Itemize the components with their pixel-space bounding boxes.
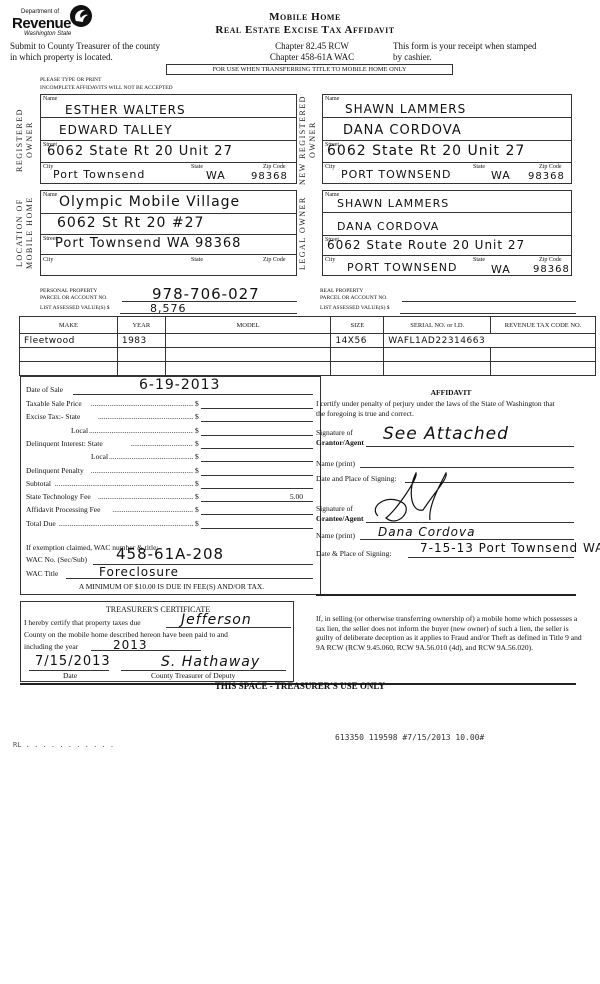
personal-value-field[interactable] xyxy=(120,313,297,314)
currency-symbol: $ xyxy=(195,412,199,421)
usage-banner: FOR USE WHEN TRANSFERRING TITLE TO MOBIL… xyxy=(166,64,453,75)
treasurers-certificate-box: TREASURER'S CERTIFICATE I hereby certify… xyxy=(20,601,294,682)
form-title-line1: Mobile Home xyxy=(0,11,600,23)
location-city-field[interactable]: City State Zip Code xyxy=(41,255,296,277)
leader-dots: ........................................… xyxy=(112,505,193,514)
affidavit-title: AFFIDAVIT xyxy=(306,388,596,397)
leader-dots: ........................................… xyxy=(109,452,193,461)
col-serial: SERIAL NO. or I.D. xyxy=(384,317,491,334)
grantor-signature-label: Signature of Grantor/Agent xyxy=(316,428,364,447)
leader-dots: ........................................… xyxy=(98,492,193,501)
location-street-field[interactable]: Street Port Townsend WA 98368 xyxy=(41,235,296,255)
grantee-name: Dana Cordova xyxy=(378,525,475,539)
date-of-sale-field[interactable] xyxy=(73,394,313,395)
registered-owner-box: Name ESTHER WALTERS EDWARD TALLEY Street… xyxy=(40,94,297,184)
table-row xyxy=(20,362,596,376)
col-make: MAKE xyxy=(20,317,118,334)
registered-owner-street-field[interactable]: Street 6062 State Rt 20 Unit 27 xyxy=(41,141,296,163)
col-year: YEAR xyxy=(117,317,165,334)
legal-owner-city-field[interactable]: City PORT TOWNSEND State WA Zip Code 983… xyxy=(323,256,571,277)
real-value-label: LIST ASSESSED VALUE(S) $ xyxy=(320,305,390,311)
date-of-sale-value: 6-19-2013 xyxy=(139,377,220,393)
fee-label: State Technology Fee xyxy=(26,492,91,501)
affidavit-statement: I certify under penalty of perjury under… xyxy=(316,399,556,418)
fee-amount-field[interactable] xyxy=(201,408,313,409)
real-parcel-field[interactable] xyxy=(402,301,576,302)
fee-label: Local xyxy=(91,452,108,461)
affidavit-divider xyxy=(316,594,576,596)
form-title-line2: Real Estate Excise Tax Affidavit xyxy=(0,24,600,36)
table-row xyxy=(20,348,596,362)
grantor-signature-field[interactable] xyxy=(366,446,574,447)
cell-make[interactable]: Fleetwood xyxy=(20,334,118,348)
legal-owner-section-label: LEGAL OWNER xyxy=(298,190,320,276)
fee-label: Delinquent Interest: State xyxy=(26,439,103,448)
new-owner-street-field[interactable]: Street 6062 State Rt 20 Unit 27 xyxy=(323,141,571,163)
registered-owner-city-field[interactable]: City Port Townsend State WA Zip Code 983… xyxy=(41,163,296,185)
cell-model[interactable] xyxy=(165,334,331,348)
cell-size[interactable]: 14X56 xyxy=(331,334,384,348)
record-code: RL . . . . . . . . . . . xyxy=(13,741,114,749)
location-box: Name Olympic Mobile Village 6062 St Rt 2… xyxy=(40,190,297,276)
fee-label: Local xyxy=(71,426,88,435)
treasurer-signature: S. Hathaway xyxy=(161,654,260,670)
wac-no-label: WAC No. (Sec/Sub) xyxy=(26,555,87,564)
legal-owner-street-field[interactable]: Street 6062 State Route 20 Unit 27 xyxy=(323,236,571,256)
fee-amount-field[interactable] xyxy=(201,435,313,436)
location-name-field[interactable]: Name Olympic Mobile Village xyxy=(41,191,296,214)
real-value-field[interactable] xyxy=(400,313,576,314)
new-registered-owner-box: Name SHAWN LAMMERS DANA CORDOVA Street 6… xyxy=(322,94,572,184)
treasurer-sig-label: County Treasurer of Deputy xyxy=(151,671,235,681)
table-header-row: MAKE YEAR MODEL SIZE SERIAL NO. or I.D. … xyxy=(20,317,596,334)
currency-symbol: $ xyxy=(195,452,199,461)
leader-dots: ........................................… xyxy=(98,412,193,421)
treasurer-line3: including the year xyxy=(24,642,78,652)
fee-label: Delinquent Penalty xyxy=(26,466,84,475)
treasurer-date-value: 7/15/2013 xyxy=(35,654,111,669)
wac-title-label: WAC Title xyxy=(26,569,58,578)
real-property-label: REAL PROPERTY PARCEL or ACCOUNT NO. xyxy=(320,288,388,302)
fees-box: Date of Sale 6-19-2013 Taxable Sale Pric… xyxy=(20,376,321,595)
grantee-name-field[interactable] xyxy=(360,539,574,540)
treasurer-date-label: Date xyxy=(63,671,77,681)
treasurer-cert-title: TREASURER'S CERTIFICATE xyxy=(21,605,295,614)
fee-label: Taxable Sale Price xyxy=(26,399,82,408)
grantee-date-place-label: Date & Place of Signing: xyxy=(316,549,391,559)
fee-amount-field[interactable] xyxy=(201,501,313,502)
fee-amount-field[interactable] xyxy=(201,421,313,422)
leader-dots: ........................................… xyxy=(91,466,193,475)
leader-dots: ........................................… xyxy=(55,479,193,488)
col-size: SIZE xyxy=(331,317,384,334)
submit-instructions: Submit to County Treasurer of the county… xyxy=(10,41,160,63)
registered-owner-section-label: REGISTEREDOWNER xyxy=(15,95,41,185)
currency-symbol: $ xyxy=(195,505,199,514)
fee-amount-field[interactable] xyxy=(201,461,313,462)
year-value: 2013 xyxy=(113,638,148,652)
personal-assessed-value: 8,576 xyxy=(150,302,187,315)
currency-symbol: $ xyxy=(195,492,199,501)
cell-year[interactable]: 1983 xyxy=(117,334,165,348)
grantor-name-label: Name (print) xyxy=(316,459,355,469)
currency-symbol: $ xyxy=(195,439,199,448)
new-registered-owner-section-label: NEW REGISTEREDOWNER xyxy=(298,95,320,185)
fee-label: Total Due xyxy=(26,519,56,528)
registered-owner-name1-field[interactable]: Name ESTHER WALTERS xyxy=(41,95,296,118)
personal-parcel-value: 978-706-027 xyxy=(152,285,260,303)
legal-owner-box: Name SHAWN LAMMERS DANA CORDOVA Street 6… xyxy=(322,190,572,276)
col-tax-code: REVENUE TAX CODE NO. xyxy=(491,317,596,334)
cell-serial[interactable]: WAFL1AD22314663 xyxy=(384,334,596,348)
currency-symbol: $ xyxy=(195,519,199,528)
treasurer-use-only-label: THIS SPACE - TREASURER'S USE ONLY xyxy=(0,681,600,691)
col-model: MODEL xyxy=(165,317,331,334)
grantor-signature: See Attached xyxy=(383,424,509,444)
personal-value-label: LIST ASSESSED VALUE(S) $ xyxy=(40,305,110,311)
grantee-date-place-field[interactable] xyxy=(408,557,574,558)
cashier-receipt-stamp: 613350 119598 #7/15/2013 10.00# xyxy=(335,733,484,742)
currency-symbol: $ xyxy=(195,426,199,435)
fee-amount-field[interactable] xyxy=(201,514,313,515)
leader-dots: ........................................… xyxy=(130,439,193,448)
fee-amount-field[interactable] xyxy=(201,475,313,476)
wac-title-value: Foreclosure xyxy=(99,565,179,579)
fee-amount-field[interactable] xyxy=(201,528,313,529)
fee-label: Affidavit Processing Fee xyxy=(26,505,100,514)
currency-symbol: $ xyxy=(195,399,199,408)
new-owner-city-field[interactable]: City PORT TOWNSEND State WA Zip Code 983… xyxy=(323,163,571,185)
tax-lien-notice: If, in selling (or otherwise transferrin… xyxy=(316,614,584,652)
fee-amount-field[interactable] xyxy=(201,488,313,489)
treasurer-line1: I hereby certify that property taxes due xyxy=(24,618,141,628)
mobile-home-table: MAKE YEAR MODEL SIZE SERIAL NO. or I.D. … xyxy=(19,316,596,376)
legal-owner-name1-field[interactable]: Name SHAWN LAMMERS xyxy=(323,191,571,213)
receipt-note: This form is your receipt when stamped b… xyxy=(393,41,536,63)
grantee-name-label: Name (print) xyxy=(316,531,355,541)
chapter-references: Chapter 82.45 RCW Chapter 458-61A WAC xyxy=(262,41,362,63)
fee-label: Subtotal xyxy=(26,479,51,488)
grantee-signature-label: Signature of Grantee/Agent xyxy=(316,504,364,523)
grantee-date-place: 7-15-13 Port Townsend WA xyxy=(420,541,600,555)
county-value: Jefferson xyxy=(181,612,252,628)
location-section-label: LOCATION OFMOBILE HOME xyxy=(15,190,41,276)
registered-owner-name2-field[interactable]: EDWARD TALLEY xyxy=(41,118,296,141)
fee-label: Excise Tax:- State xyxy=(26,412,80,421)
new-owner-name1-field[interactable]: Name SHAWN LAMMERS xyxy=(323,95,571,118)
wac-no-value: 458-61A-208 xyxy=(116,545,224,563)
table-row: Fleetwood 1983 14X56 WAFL1AD22314663 xyxy=(20,334,596,348)
leader-dots: ........................................… xyxy=(91,399,193,408)
new-owner-name2-field[interactable]: DANA CORDOVA xyxy=(323,118,571,141)
leader-dots: ........................................… xyxy=(58,519,193,528)
legal-owner-name2-field[interactable]: DANA CORDOVA xyxy=(323,213,571,236)
form-notes: PLEASE TYPE OR PRINT INCOMPLETE AFFIDAVI… xyxy=(40,76,173,92)
fee-amount-field[interactable] xyxy=(201,448,313,449)
date-of-sale-label: Date of Sale xyxy=(26,385,63,394)
leader-dots: ........................................… xyxy=(89,426,193,435)
location-line2-field[interactable]: 6062 St Rt 20 #27 xyxy=(41,214,296,235)
personal-property-label: PERSONAL PROPERTY PARCEL or ACCOUNT NO. xyxy=(40,288,108,302)
currency-symbol: $ xyxy=(195,466,199,475)
minimum-due-note: A MINIMUM OF $10.00 IS DUE IN FEE(S) AND… xyxy=(21,582,322,591)
fee-amount: 5.00 xyxy=(201,492,303,501)
currency-symbol: $ xyxy=(195,479,199,488)
